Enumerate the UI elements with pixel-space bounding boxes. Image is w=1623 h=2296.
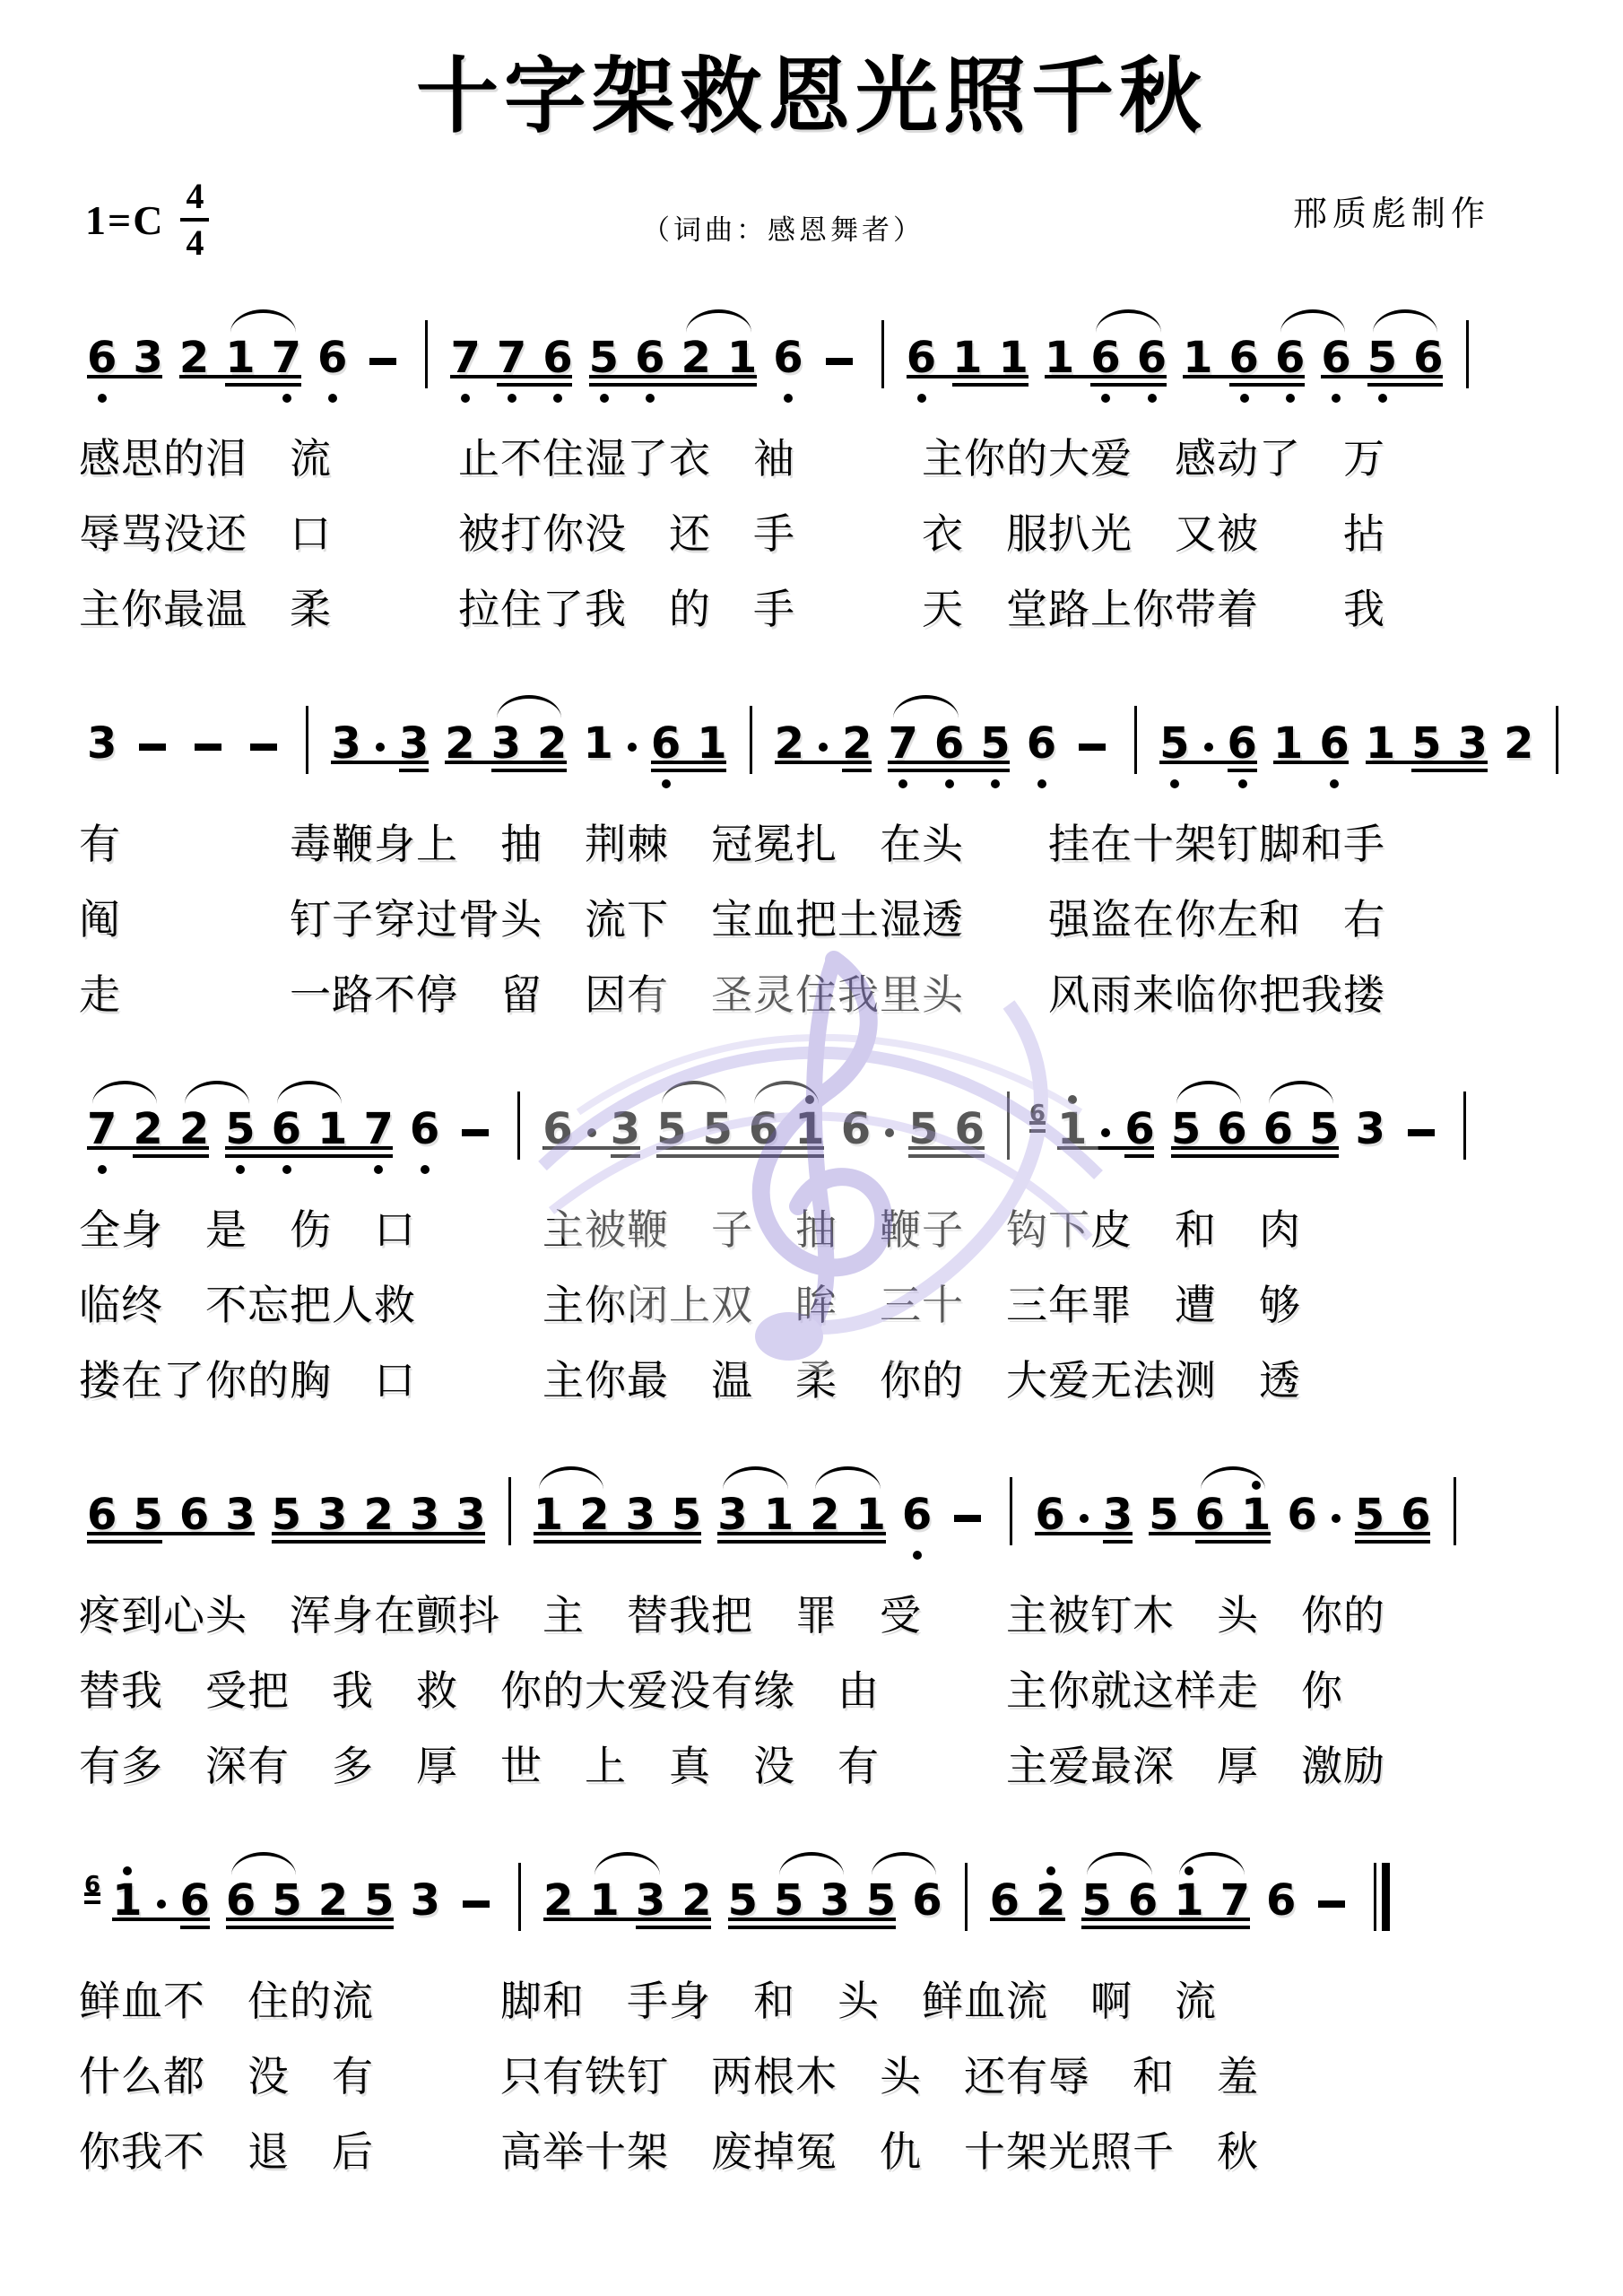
beam-line xyxy=(445,761,567,764)
note-token: 1 xyxy=(952,336,982,379)
octave-dot-below xyxy=(662,779,671,788)
beam-line xyxy=(226,1918,394,1921)
beam-line xyxy=(1124,1154,1154,1158)
music-line: 616652532132553566256176 xyxy=(0,1843,1623,1963)
note-token: 1 xyxy=(1366,722,1395,765)
dash-note xyxy=(1079,744,1106,751)
beam-line xyxy=(888,761,1010,764)
beam-line xyxy=(1159,761,1257,764)
slur-arc xyxy=(1280,309,1345,333)
slur-arc xyxy=(1096,309,1161,333)
dash-note xyxy=(250,744,277,751)
music-systems: 63217677656216611166166656感思的泪 流 止不住湿了衣 … xyxy=(0,295,1623,2189)
note-token: 6 xyxy=(87,1493,117,1536)
note-token: 2 xyxy=(179,336,209,379)
slur-arc xyxy=(872,1852,936,1875)
note-token: 1 xyxy=(999,336,1028,379)
slur-arc xyxy=(277,1081,342,1104)
beam-line xyxy=(1029,1129,1046,1133)
octave-dot-below xyxy=(98,394,107,403)
note-token: 6 xyxy=(542,336,572,379)
lyrics-line-2: 临终 不忘把人救 主你闭上双 眸 三十 三年罪 遭 够 xyxy=(0,1267,1623,1343)
note-token: 6 xyxy=(934,722,964,765)
beam-line xyxy=(226,1926,394,1929)
slur-arc xyxy=(754,1081,819,1104)
note-token: 2 xyxy=(681,336,710,379)
note-token: 6 xyxy=(1413,336,1443,379)
slur-arc xyxy=(1373,309,1437,333)
note-token: 2 xyxy=(1036,1879,1065,1922)
maker-credit: 邢质彪制作 xyxy=(1293,186,1490,235)
note-token: 3 xyxy=(717,1493,747,1536)
rhythm-dot xyxy=(376,743,385,752)
note-token: 1 xyxy=(794,1108,824,1151)
note-token: 3 xyxy=(491,722,521,765)
tonic-label: 1=C xyxy=(85,196,164,244)
dash-note xyxy=(195,744,221,751)
note-token: 6 xyxy=(1124,1108,1154,1151)
slur-arc xyxy=(1201,1466,1265,1490)
note-token: 5 xyxy=(133,1493,162,1536)
note-token: 3 xyxy=(410,1493,439,1536)
note-token: 3 xyxy=(399,722,429,765)
note-token: 6 xyxy=(635,336,664,379)
beam-line xyxy=(1081,1926,1250,1929)
note-token: 6 xyxy=(1090,336,1120,379)
music-system-4: 65635323312353121663561656疼到心头 浑身在颤抖 主 替… xyxy=(0,1457,1623,1804)
note-token: 6 xyxy=(907,336,936,379)
note-token: 3 xyxy=(625,1493,655,1536)
beam-line xyxy=(534,1532,701,1535)
note-token: 6 xyxy=(651,722,681,765)
octave-dot-below xyxy=(945,779,954,788)
note-token: 2 xyxy=(179,1108,209,1151)
final-barline xyxy=(1374,1863,1390,1931)
rhythm-dot xyxy=(628,743,637,752)
note-token: 1 xyxy=(1045,336,1074,379)
note-token: 3 xyxy=(456,1493,485,1536)
music-system-5: 616652532132553566256176鲜血不 住的流 脚和 手身 和 … xyxy=(0,1843,1623,2189)
beam-line xyxy=(133,1154,209,1158)
slur-arc xyxy=(1087,1852,1152,1875)
note-token: 6 xyxy=(179,1493,209,1536)
beam-line xyxy=(331,761,429,764)
note-token: 6 xyxy=(1195,1493,1225,1536)
note-token: 7 xyxy=(888,722,917,765)
barline xyxy=(750,706,752,774)
note-token: 6 xyxy=(1128,1879,1158,1922)
note-token: 6 xyxy=(1401,1493,1430,1536)
music-system-2: 33323216122765656161532有 毒鞭身上 抽 荆棘 冠冕扎 在… xyxy=(0,686,1623,1032)
music-system-3: 7225617663556165661656653全身 是 伤 口 主被鞭 子 … xyxy=(0,1072,1623,1418)
note-token: 6 xyxy=(955,1108,985,1151)
note-token: 6 xyxy=(542,1108,572,1151)
dash-note xyxy=(954,1515,981,1522)
octave-dot-below xyxy=(1148,394,1157,403)
slur-arc xyxy=(779,1852,844,1875)
beam-line xyxy=(225,1146,393,1150)
beam-line xyxy=(589,383,757,387)
note-token: 2 xyxy=(842,722,872,765)
note-token: 1 xyxy=(764,1493,794,1536)
beam-line xyxy=(225,1154,393,1158)
note-token: 6 xyxy=(1287,1493,1316,1536)
note-token: 3 xyxy=(611,1108,640,1151)
slur-arc xyxy=(723,1466,788,1490)
note-token: 5 xyxy=(272,1493,301,1536)
beam-line xyxy=(112,1918,210,1921)
final-bar-thin xyxy=(1374,1863,1376,1931)
note-token: 6 xyxy=(1275,336,1305,379)
final-bar-thick xyxy=(1382,1863,1390,1931)
note-token: 6 xyxy=(912,1879,942,1922)
beam-line xyxy=(1411,769,1488,772)
beam-line xyxy=(1081,1918,1250,1921)
composer-credit: （词曲：感恩舞者） xyxy=(642,207,924,248)
slur-arc xyxy=(230,309,296,333)
note-token: 1 xyxy=(1174,1879,1203,1922)
octave-dot-above xyxy=(123,1866,132,1875)
slur-arc xyxy=(92,1081,157,1104)
beam-line xyxy=(450,375,572,378)
note-token: 7 xyxy=(87,1108,117,1151)
note-token: 6 xyxy=(1319,722,1349,765)
octave-dot-below xyxy=(991,779,1000,788)
octave-dot-above xyxy=(1068,1095,1077,1104)
note-token: 6 xyxy=(1228,722,1257,765)
lyrics-line-1: 全身 是 伤 口 主被鞭 子 抽 鞭子 钩下皮 和 肉 xyxy=(0,1192,1623,1267)
beam-line xyxy=(179,375,301,378)
beam-line xyxy=(651,769,726,772)
note-token: 5 xyxy=(1171,1108,1201,1151)
beam-line xyxy=(1149,1532,1271,1535)
beam-line xyxy=(1103,1540,1133,1544)
note-token: 5 xyxy=(1309,1108,1339,1151)
barline xyxy=(518,1863,521,1931)
note-token: 5 xyxy=(1367,336,1397,379)
note-token: 6 xyxy=(410,1108,439,1151)
octave-dot-below xyxy=(1286,394,1295,403)
music-line: 33323216122765656161532 xyxy=(0,686,1623,806)
beam-line xyxy=(542,1146,640,1150)
header-meta: 1=C 4 4 （词曲：感恩舞者） 邢质彪制作 xyxy=(0,143,1623,295)
barline xyxy=(1466,320,1469,388)
slur-arc xyxy=(662,1081,726,1104)
lyrics-line-3: 有多 深有 多 厚 世 上 真 没 有 主爱最深 厚 激励 xyxy=(0,1728,1623,1804)
beam-line xyxy=(543,1918,711,1921)
beam-line xyxy=(1035,1532,1133,1535)
beam-line xyxy=(1057,1146,1154,1150)
barline xyxy=(965,1863,968,1931)
octave-dot-below xyxy=(553,394,562,403)
key-signature: 1=C 4 4 xyxy=(85,178,209,261)
octave-dot-below xyxy=(1170,779,1179,788)
rhythm-dot xyxy=(819,743,828,752)
slur-arc xyxy=(185,1081,249,1104)
note-token: 2 xyxy=(318,1879,348,1922)
beam-line xyxy=(1229,383,1305,387)
lyrics-line-2: 替我 受把 我 救 你的大爱没有缘 由 主你就这样走 你 xyxy=(0,1653,1623,1728)
lyrics-line-2: 辱骂没还 口 被打你没 还 手 衣 服扒光 又被 拈 xyxy=(0,496,1623,571)
beam-line xyxy=(1183,375,1305,378)
dash-note xyxy=(1408,1129,1435,1136)
slur-arc xyxy=(539,1466,603,1490)
octave-dot-below xyxy=(374,1165,383,1174)
octave-dot-below xyxy=(1332,394,1341,403)
dash-note xyxy=(462,1129,489,1136)
octave-dot-below xyxy=(646,394,655,403)
note-token: 1 xyxy=(534,1493,563,1536)
note-token: 5 xyxy=(1355,1493,1384,1536)
note-token: 3 xyxy=(1103,1493,1133,1536)
note-token: 2 xyxy=(681,1879,711,1922)
song-title: 十字架救恩光照千秋 xyxy=(0,0,1623,143)
note-token: 3 xyxy=(331,722,360,765)
lyrics-line-3: 你我不 退 后 高举十架 废掉冤 仇 十架光照千 秋 xyxy=(0,2114,1623,2189)
sheet-page: 十字架救恩光照千秋 1=C 4 4 （词曲：感恩舞者） 邢质彪制作 632176… xyxy=(0,0,1623,2296)
beam-line xyxy=(1366,761,1488,764)
dash-note xyxy=(463,1900,490,1908)
dash-note xyxy=(369,358,396,365)
beam-line xyxy=(990,1918,1065,1921)
note-token: 3 xyxy=(225,1493,255,1536)
note-token: 3 xyxy=(1458,722,1488,765)
barline xyxy=(508,1477,511,1545)
beam-line xyxy=(656,1146,824,1150)
note-token: 6 xyxy=(841,1108,871,1151)
note-token: 7 xyxy=(497,336,526,379)
music-line: 65635323312353121663561656 xyxy=(0,1457,1623,1578)
octave-dot-below xyxy=(328,394,337,403)
beam-line xyxy=(497,383,572,387)
beam-line xyxy=(1273,761,1349,764)
note-token: 5 xyxy=(702,1108,732,1151)
beam-line xyxy=(399,769,429,772)
note-token: 5 xyxy=(1159,722,1189,765)
note-token: 5 xyxy=(589,336,619,379)
beam-line xyxy=(717,1540,886,1544)
lyrics-line-2: 阄 钉子穿过骨头 流下 宝血把土湿透 强盗在你左和 右 xyxy=(0,882,1623,957)
rhythm-dot xyxy=(1101,1128,1110,1137)
beam-line xyxy=(1029,1121,1046,1125)
note-token: 2 xyxy=(445,722,474,765)
beam-line xyxy=(728,1918,896,1921)
note-token: 6 xyxy=(902,1493,932,1536)
note-token: 6 xyxy=(180,1879,210,1922)
note-token: 1 xyxy=(1241,1493,1271,1536)
note-token: 5 xyxy=(980,722,1010,765)
note-token: 6 xyxy=(749,1108,778,1151)
note-token: 6 xyxy=(1137,336,1167,379)
note-token: 1 xyxy=(589,1879,619,1922)
octave-dot-above xyxy=(1046,1866,1055,1875)
note-token: 6 xyxy=(990,1879,1020,1922)
note-token: 1 xyxy=(112,1879,142,1922)
octave-dot-below xyxy=(600,394,609,403)
octave-dot-below xyxy=(913,1551,922,1560)
lyrics-line-1: 疼到心头 浑身在颤抖 主 替我把 罪 受 主被钉木 头 你的 xyxy=(0,1578,1623,1653)
beam-line xyxy=(1355,1540,1430,1544)
dash-note xyxy=(1318,1900,1345,1908)
dash-note xyxy=(826,358,853,365)
note-token: 5 xyxy=(225,1108,255,1151)
barline xyxy=(881,320,884,388)
rhythm-dot xyxy=(1080,1514,1089,1523)
beam-line xyxy=(84,1900,100,1904)
slur-arc xyxy=(686,309,751,333)
beam-line xyxy=(908,1154,985,1158)
octave-dot-below xyxy=(784,394,793,403)
beam-line xyxy=(717,1532,886,1535)
note-token: 6 xyxy=(1263,1108,1293,1151)
barline xyxy=(1454,1477,1456,1545)
beam-line xyxy=(1171,1146,1339,1150)
barline xyxy=(1463,1091,1466,1160)
octave-dot-below xyxy=(236,1165,245,1174)
slur-arc xyxy=(497,695,561,718)
note-token: 3 xyxy=(820,1879,849,1922)
beam-line xyxy=(589,375,757,378)
note-token: 2 xyxy=(363,1493,393,1536)
slur-arc xyxy=(1179,1852,1245,1875)
beam-line xyxy=(1045,375,1167,378)
note-token: 5 xyxy=(272,1879,301,1922)
note-token: 6 xyxy=(773,336,803,379)
octave-dot-below xyxy=(1240,394,1249,403)
note-token: 3 xyxy=(133,336,162,379)
beam-line xyxy=(84,1892,100,1896)
note-token: 3 xyxy=(411,1879,440,1922)
beam-line xyxy=(888,769,1010,772)
lyrics-line-2: 什么都 没 有 只有铁钉 两根木 头 还有辱 和 羞 xyxy=(0,2039,1623,2114)
barline xyxy=(517,1091,520,1160)
beam-line xyxy=(272,1532,485,1535)
beam-line xyxy=(87,375,162,378)
beam-line xyxy=(272,1540,485,1544)
beam-line xyxy=(1321,375,1443,378)
octave-dot-below xyxy=(1238,779,1247,788)
note-token: 5 xyxy=(656,1108,686,1151)
beam-line xyxy=(908,1146,985,1150)
note-token: 6 xyxy=(226,1879,256,1922)
music-line: 7225617663556165661656653 xyxy=(0,1072,1623,1192)
lyrics-line-1: 鲜血不 住的流 脚和 手身 和 头 鲜血流 啊 流 xyxy=(0,1963,1623,2039)
note-token: 6 xyxy=(1266,1879,1296,1922)
rhythm-dot xyxy=(1204,743,1213,752)
octave-dot-below xyxy=(1378,394,1387,403)
beam-line xyxy=(1090,383,1167,387)
note-token: 1 xyxy=(583,722,612,765)
octave-dot-below xyxy=(917,394,926,403)
note-token: 5 xyxy=(908,1108,938,1151)
note-token: 6 xyxy=(1027,722,1056,765)
octave-dot-below xyxy=(421,1165,430,1174)
note-token: 7 xyxy=(363,1108,393,1151)
note-token: 3 xyxy=(636,1879,665,1922)
time-signature-bottom: 4 xyxy=(186,222,204,261)
lyrics-line-1: 有 毒鞭身上 抽 荆棘 冠冕扎 在头 挂在十架钉脚和手 xyxy=(0,806,1623,882)
note-token: 2 xyxy=(775,722,804,765)
beam-line xyxy=(1228,769,1257,772)
note-token: 7 xyxy=(1220,1879,1250,1922)
beam-line xyxy=(1355,1532,1430,1535)
octave-dot-below xyxy=(1101,394,1110,403)
note-token: 1 xyxy=(1273,722,1303,765)
note-token: 2 xyxy=(543,1879,573,1922)
rhythm-dot xyxy=(157,1900,166,1909)
note-token: 6 xyxy=(1321,336,1350,379)
beam-line xyxy=(534,1540,701,1544)
beam-line xyxy=(180,1926,210,1929)
beam-line xyxy=(87,1146,209,1150)
octave-dot-below xyxy=(461,394,470,403)
slur-arc xyxy=(1176,1081,1241,1104)
note-token: 5 xyxy=(774,1879,803,1922)
slur-arc xyxy=(1269,1081,1333,1104)
note-token: 5 xyxy=(1149,1493,1178,1536)
note-token: 3 xyxy=(1355,1108,1384,1151)
beam-line xyxy=(1195,1540,1271,1544)
note-token: 6 xyxy=(1035,1493,1064,1536)
beam-line xyxy=(87,1540,162,1544)
note-token: 1 xyxy=(1183,336,1212,379)
rhythm-dot xyxy=(587,1128,596,1137)
dash-note xyxy=(139,744,166,751)
lyrics-line-3: 走 一路不停 留 因有 圣灵住我里头 风雨来临你把我搂 xyxy=(0,957,1623,1032)
note-token: 2 xyxy=(133,1108,162,1151)
beam-line xyxy=(87,1532,255,1535)
note-token: 3 xyxy=(317,1493,347,1536)
note-token: 2 xyxy=(810,1493,839,1536)
beam-line xyxy=(656,1154,824,1158)
beam-line xyxy=(651,761,726,764)
octave-dot-below xyxy=(508,394,516,403)
note-token: 1 xyxy=(1057,1108,1087,1151)
barline xyxy=(1010,1477,1012,1545)
beam-line xyxy=(907,375,1028,378)
beam-line xyxy=(225,383,301,387)
lyrics-line-1: 感思的泪 流 止不住湿了衣 袖 主你的大爱 感动了 万 xyxy=(0,421,1623,496)
barline xyxy=(1007,1091,1010,1160)
lyrics-line-3: 主你最温 柔 拉住了我 的 手 天 堂路上你带着 我 xyxy=(0,571,1623,647)
barline xyxy=(1134,706,1137,774)
barline xyxy=(1556,706,1558,774)
beam-line xyxy=(1171,1154,1339,1158)
slur-arc xyxy=(595,1852,660,1875)
note-token: 6 xyxy=(317,336,347,379)
beam-line xyxy=(611,1154,640,1158)
note-token: 5 xyxy=(728,1879,758,1922)
note-token: 6 xyxy=(1229,336,1259,379)
barline xyxy=(425,320,428,388)
note-token: 1 xyxy=(697,722,726,765)
music-system-1: 63217677656216611166166656感思的泪 流 止不住湿了衣 … xyxy=(0,300,1623,647)
note-token: 1 xyxy=(856,1493,886,1536)
beam-line xyxy=(728,1926,896,1929)
octave-dot-below xyxy=(282,394,291,403)
note-token: 1 xyxy=(317,1108,347,1151)
beam-line xyxy=(842,769,872,772)
note-token: 1 xyxy=(225,336,255,379)
slur-arc xyxy=(893,695,959,718)
note-token: 5 xyxy=(1081,1879,1111,1922)
note-token: 6 xyxy=(87,336,117,379)
octave-dot-below xyxy=(898,779,907,788)
slur-arc xyxy=(815,1466,881,1490)
note-token: 5 xyxy=(1411,722,1441,765)
beam-line xyxy=(952,383,1028,387)
rhythm-dot xyxy=(1332,1514,1341,1523)
